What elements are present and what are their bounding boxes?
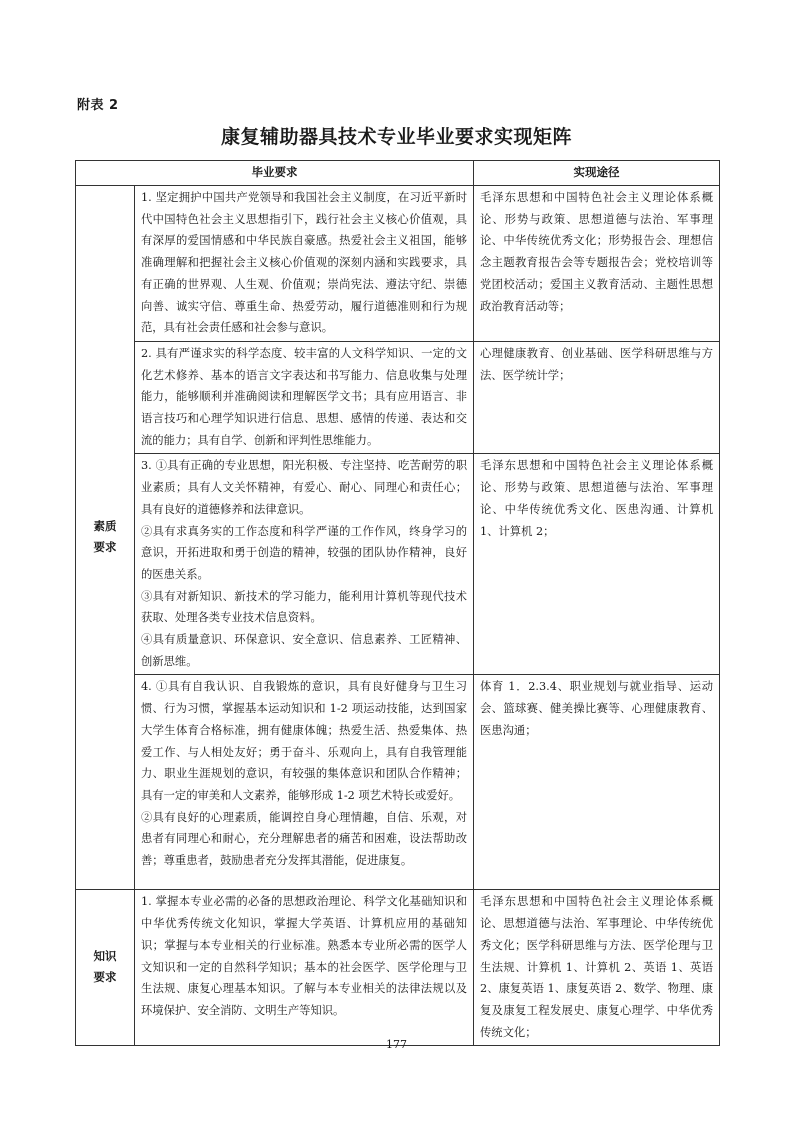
graduation-requirements-matrix: 毕业要求 实现途径 素质 要求 1. 坚定拥护中国共产党领导和我国社会主义制度，… <box>75 160 720 1046</box>
category-label-line: 要求 <box>82 537 128 558</box>
pathway-cell: 体育 1．2.3.4、职业规划与就业指导、运动会、篮球赛、健美操比赛等、心理健康… <box>474 675 720 890</box>
header-requirement: 毕业要求 <box>76 161 474 186</box>
header-pathway: 实现途径 <box>474 161 720 186</box>
requirement-text: 4. ①具有自我认识、自我锻炼的意识，具有良好健身与卫生习惯、行为习惯，掌握基本… <box>141 676 467 806</box>
requirement-cell: 1. 坚定拥护中国共产党领导和我国社会主义制度，在习近平新时代中国特色社会主义思… <box>135 186 474 342</box>
category-quality: 素质 要求 <box>76 186 135 890</box>
category-label-line: 素质 <box>82 516 128 537</box>
pathway-cell: 心理健康教育、创业基础、医学科研思维与方法、医学统计学； <box>474 341 720 454</box>
table-row: 知识 要求 1. 掌握本专业必需的必备的思想政治理论、科学文化基础知识和中华优秀… <box>76 890 720 1046</box>
requirement-text: 2. 具有严谨求实的科学态度、较丰富的人文科学知识、一定的文化艺术修养、基本的语… <box>141 343 467 452</box>
requirement-text: ②具有良好的心理素质，能调控自身心理情趣，自信、乐观，对患者有同理心和耐心，充分… <box>141 807 467 872</box>
table-row: 3. ①具有正确的专业思想，阳光积极、专注坚持、吃苦耐劳的职业素质；具有人文关怀… <box>76 454 720 675</box>
requirement-text: 1. 坚定拥护中国共产党领导和我国社会主义制度，在习近平新时代中国特色社会主义思… <box>141 187 467 339</box>
requirement-text: 3. ①具有正确的专业思想，阳光积极、专注坚持、吃苦耐劳的职业素质；具有人文关怀… <box>141 455 467 520</box>
pathway-cell: 毛泽东思想和中国特色社会主义理论体系概论、形势与政策、思想道德与法治、军事理论、… <box>474 454 720 675</box>
pathway-cell: 毛泽东思想和中国特色社会主义理论体系概论、形势与政策、思想道德与法治、军事理论、… <box>474 186 720 342</box>
requirement-cell: 4. ①具有自我认识、自我锻炼的意识，具有良好健身与卫生习惯、行为习惯，掌握基本… <box>135 675 474 890</box>
table-row: 素质 要求 1. 坚定拥护中国共产党领导和我国社会主义制度，在习近平新时代中国特… <box>76 186 720 342</box>
requirement-text: 1. 掌握本专业必需的必备的思想政治理论、科学文化基础知识和中华优秀传统文化知识… <box>141 891 467 1021</box>
requirement-text: ③具有对新知识、新技术的学习能力，能利用计算机等现代技术获取、处理各类专业技术信… <box>141 586 467 629</box>
appendix-label: 附表 2 <box>77 94 119 113</box>
requirement-text: ②具有求真务实的工作态度和科学严谨的工作作风，终身学习的意识，开拓进取和勇于创造… <box>141 521 467 586</box>
requirement-cell: 1. 掌握本专业必需的必备的思想政治理论、科学文化基础知识和中华优秀传统文化知识… <box>135 890 474 1046</box>
category-knowledge: 知识 要求 <box>76 890 135 1046</box>
table-header-row: 毕业要求 实现途径 <box>76 161 720 186</box>
page-number: 177 <box>0 1038 793 1051</box>
requirement-text: ④具有质量意识、环保意识、安全意识、信息素养、工匠精神、创新思维。 <box>141 629 467 672</box>
table-row: 4. ①具有自我认识、自我锻炼的意识，具有良好健身与卫生习惯、行为习惯，掌握基本… <box>76 675 720 890</box>
pathway-cell: 毛泽东思想和中国特色社会主义理论体系概论、思想道德与法治、军事理论、中华传统优秀… <box>474 890 720 1046</box>
requirement-cell: 2. 具有严谨求实的科学态度、较丰富的人文科学知识、一定的文化艺术修养、基本的语… <box>135 341 474 454</box>
requirement-cell: 3. ①具有正确的专业思想，阳光积极、专注坚持、吃苦耐劳的职业素质；具有人文关怀… <box>135 454 474 675</box>
document-title: 康复辅助器具技术专业毕业要求实现矩阵 <box>0 122 793 149</box>
category-label-line: 要求 <box>82 967 128 988</box>
table-row: 2. 具有严谨求实的科学态度、较丰富的人文科学知识、一定的文化艺术修养、基本的语… <box>76 341 720 454</box>
category-label-line: 知识 <box>82 946 128 967</box>
